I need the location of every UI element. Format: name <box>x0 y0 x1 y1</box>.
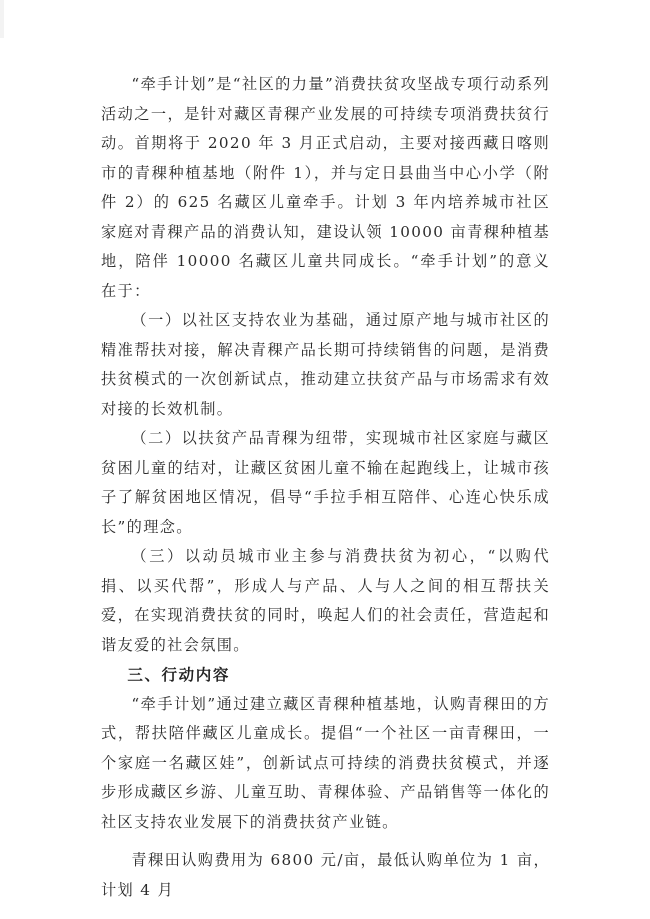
paragraph-subscription-fee: 青稞田认购费用为 6800 元/亩，最低认购单位为 1 亩，计划 4 月 <box>101 846 550 905</box>
paragraph-intro: “牵手计划”是“社区的力量”消费扶贫攻坚战专项行动系列活动之一，是针对藏区青稞产… <box>101 70 550 306</box>
paragraph-action-content: “牵手计划”通过建立藏区青稞种植基地，认购青稞田的方式，帮扶陪伴藏区儿童成长。提… <box>101 690 550 838</box>
section-heading-action-content: 三、行动内容 <box>101 660 550 690</box>
paragraph-point-two: （二）以扶贫产品青稞为纽带，实现城市社区家庭与藏区贫困儿童的结对，让藏区贫困儿童… <box>101 424 550 542</box>
document-page: “牵手计划”是“社区的力量”消费扶贫攻坚战专项行动系列活动之一，是针对藏区青稞产… <box>0 0 650 919</box>
scan-edge-shadow <box>0 0 4 38</box>
document-body: “牵手计划”是“社区的力量”消费扶贫攻坚战专项行动系列活动之一，是针对藏区青稞产… <box>101 70 550 905</box>
paragraph-point-three: （三）以动员城市业主参与消费扶贫为初心，“以购代捐、以买代帮”，形成人与产品、人… <box>101 542 550 660</box>
paragraph-point-one: （一）以社区支持农业为基础，通过原产地与城市社区的精准帮扶对接，解决青稞产品长期… <box>101 306 550 424</box>
